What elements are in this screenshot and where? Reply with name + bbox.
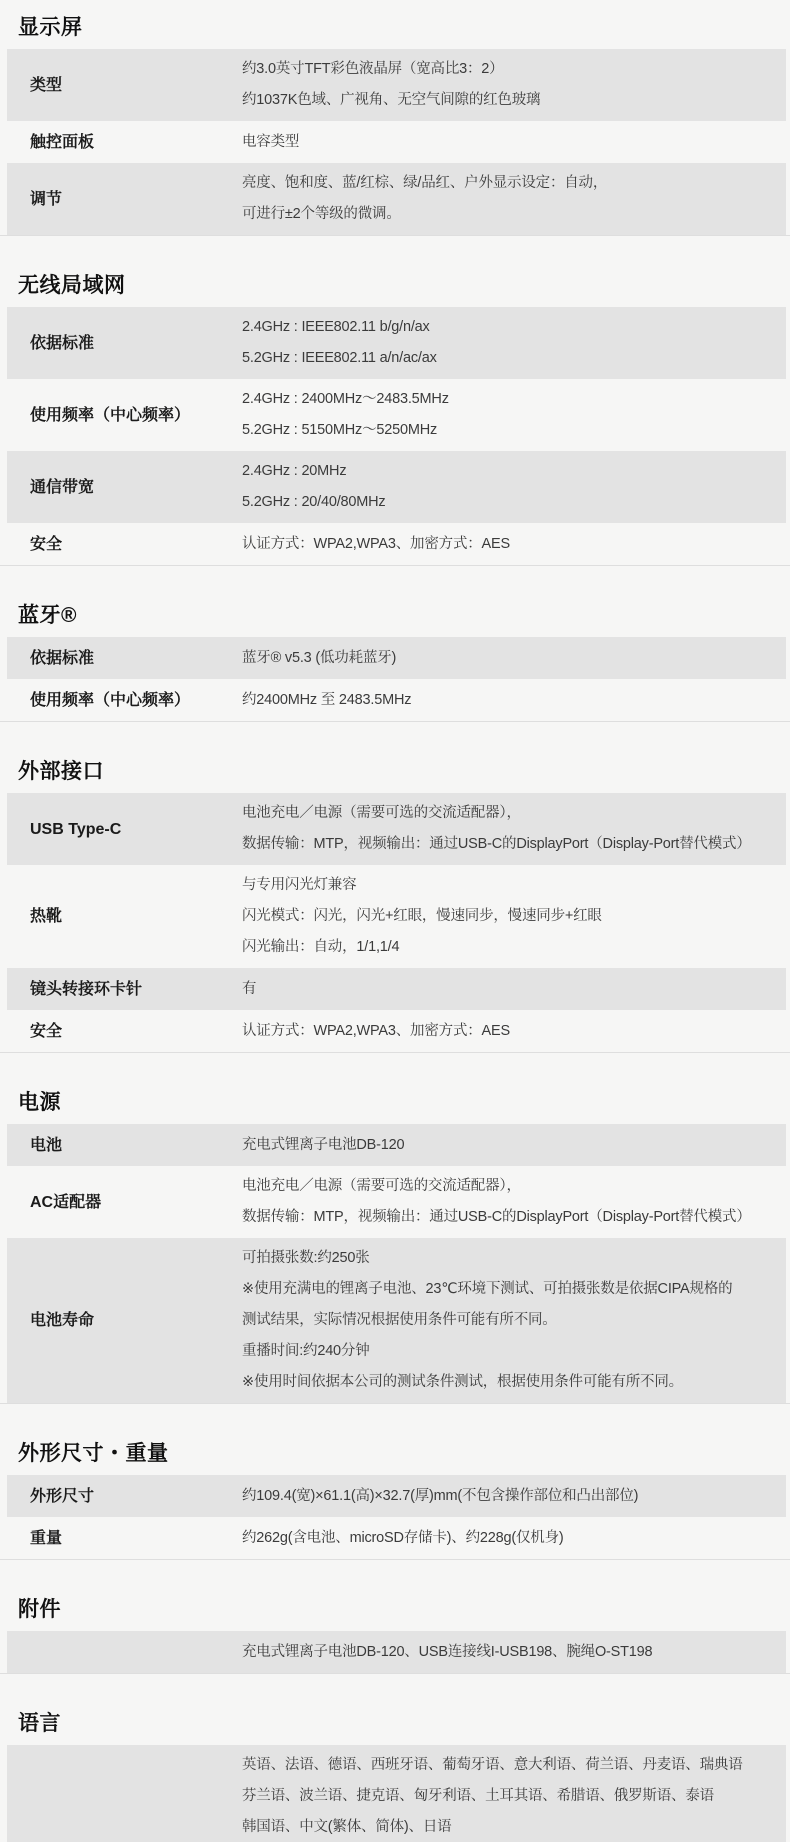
spec-row: 电池寿命可拍摄张数:约250张※使用充满电的锂离子电池、23℃环境下测试、可拍摄…	[7, 1238, 786, 1403]
spec-row-value: 电容类型	[242, 127, 786, 158]
spec-value-line: 约262g(含电池、microSD存储卡)、约228g(仅机身)	[242, 1523, 776, 1554]
spec-row: 镜头转接环卡针有	[7, 968, 786, 1010]
spec-row: AC适配器电池充电／电源（需要可选的交流适配器），数据传输：MTP，视频输出：通…	[7, 1166, 786, 1238]
spec-row-value: 电池充电／电源（需要可选的交流适配器），数据传输：MTP，视频输出：通过USB-…	[242, 798, 786, 860]
spec-value-line: 电池充电／电源（需要可选的交流适配器），	[242, 798, 776, 829]
spec-row: 重量约262g(含电池、microSD存储卡)、约228g(仅机身)	[7, 1517, 786, 1559]
spec-value-line: 重播时间:约240分钟	[242, 1336, 776, 1367]
section-title: 蓝牙®	[18, 604, 790, 628]
spec-section: 显示屏类型约3.0英寸TFT彩色液晶屏（宽高比3：2）约1037K色域、广视角、…	[0, 16, 790, 236]
spec-row-value: 可拍摄张数:约250张※使用充满电的锂离子电池、23℃环境下测试、可拍摄张数是依…	[242, 1243, 786, 1398]
spec-row-value: 与专用闪光灯兼容闪光模式：闪光，闪光+红眼，慢速同步，慢速同步+红眼闪光输出：自…	[242, 870, 786, 963]
spec-row: 依据标准2.4GHz : IEEE802.11 b/g/n/ax5.2GHz :…	[7, 307, 786, 379]
spec-value-line: 电容类型	[242, 127, 776, 158]
spec-row: 触控面板电容类型	[7, 121, 786, 163]
spec-value-line: 2.4GHz : 2400MHz～2483.5MHz	[242, 384, 776, 415]
spec-row-label: AC适配器	[7, 1187, 242, 1218]
spec-row-label: 镜头转接环卡针	[7, 974, 242, 1005]
spec-row: 英语、法语、德语、西班牙语、葡萄牙语、意大利语、荷兰语、丹麦语、瑞典语芬兰语、波…	[7, 1745, 786, 1842]
spec-row-value: 约3.0英寸TFT彩色液晶屏（宽高比3：2）约1037K色域、广视角、无空气间隙…	[242, 54, 786, 116]
spec-row-value: 认证方式：WPA2,WPA3、加密方式：AES	[242, 529, 786, 560]
spec-row: 调节亮度、饱和度、蓝/红棕、绿/品红、户外显示设定：自动，可进行±2个等级的微调…	[7, 163, 786, 235]
section-title: 显示屏	[18, 16, 790, 40]
spec-row-value: 充电式锂离子电池DB-120	[242, 1130, 786, 1161]
spec-value-line: 数据传输：MTP，视频输出：通过USB-C的DisplayPort（Displa…	[242, 1202, 776, 1233]
spec-row-value: 英语、法语、德语、西班牙语、葡萄牙语、意大利语、荷兰语、丹麦语、瑞典语芬兰语、波…	[242, 1750, 786, 1842]
spec-row: 安全认证方式：WPA2,WPA3、加密方式：AES	[7, 1010, 786, 1052]
spec-row-value: 2.4GHz : 2400MHz～2483.5MHz5.2GHz : 5150M…	[242, 384, 786, 446]
spec-row: 通信带宽2.4GHz : 20MHz5.2GHz : 20/40/80MHz	[7, 451, 786, 523]
spec-row-label: 重量	[7, 1523, 242, 1554]
spec-value-line: 2.4GHz : IEEE802.11 b/g/n/ax	[242, 312, 776, 343]
section-title: 电源	[18, 1091, 790, 1115]
spec-value-line: 测试结果，实际情况根据使用条件可能有所不同。	[242, 1305, 776, 1336]
spec-row-value: 约2400MHz 至 2483.5MHz	[242, 685, 786, 716]
spec-row-label: 触控面板	[7, 127, 242, 158]
spec-value-line: 韩国语、中文(繁体、简体)、日语	[242, 1812, 776, 1842]
spec-row-value: 认证方式：WPA2,WPA3、加密方式：AES	[242, 1016, 786, 1047]
spec-row-value: 2.4GHz : IEEE802.11 b/g/n/ax5.2GHz : IEE…	[242, 312, 786, 374]
spec-value-line: ※使用充满电的锂离子电池、23℃环境下测试、可拍摄张数是依据CIPA规格的	[242, 1274, 776, 1305]
spec-row-label: 依据标准	[7, 643, 242, 674]
spec-value-line: ※使用时间依据本公司的测试条件测试，根据使用条件可能有所不同。	[242, 1367, 776, 1398]
spec-value-line: 可进行±2个等级的微调。	[242, 199, 776, 230]
spec-row-label: 安全	[7, 1016, 242, 1047]
spec-value-line: 5.2GHz : 20/40/80MHz	[242, 487, 776, 518]
spec-value-line: 约2400MHz 至 2483.5MHz	[242, 685, 776, 716]
spec-row-label: 使用频率（中心频率）	[7, 400, 242, 431]
spec-row-label: 调节	[7, 184, 242, 215]
spec-value-line: 芬兰语、波兰语、捷克语、匈牙利语、土耳其语、希腊语、俄罗斯语、泰语	[242, 1781, 776, 1812]
spec-row: 充电式锂离子电池DB-120、USB连接线I-USB198、腕绳O-ST198	[7, 1631, 786, 1673]
spec-row-value: 有	[242, 974, 786, 1005]
spec-value-line: 2.4GHz : 20MHz	[242, 456, 776, 487]
spec-row: 热靴与专用闪光灯兼容闪光模式：闪光，闪光+红眼，慢速同步，慢速同步+红眼闪光输出…	[7, 865, 786, 968]
spec-row-value: 蓝牙® v5.3 (低功耗蓝牙)	[242, 643, 786, 674]
spec-value-line: 约109.4(宽)×61.1(高)×32.7(厚)mm(不包含操作部位和凸出部位…	[242, 1481, 776, 1512]
spec-row-value: 充电式锂离子电池DB-120、USB连接线I-USB198、腕绳O-ST198	[242, 1637, 786, 1668]
spec-row: USB Type-C电池充电／电源（需要可选的交流适配器），数据传输：MTP，视…	[7, 793, 786, 865]
spec-row-value: 电池充电／电源（需要可选的交流适配器），数据传输：MTP，视频输出：通过USB-…	[242, 1171, 786, 1233]
spec-row-label: 电池	[7, 1130, 242, 1161]
spec-row: 外形尺寸约109.4(宽)×61.1(高)×32.7(厚)mm(不包含操作部位和…	[7, 1475, 786, 1517]
spec-value-line: 认证方式：WPA2,WPA3、加密方式：AES	[242, 1016, 776, 1047]
spec-section: 电源电池充电式锂离子电池DB-120AC适配器电池充电／电源（需要可选的交流适配…	[0, 1091, 790, 1404]
spec-section: 无线局域网依据标准2.4GHz : IEEE802.11 b/g/n/ax5.2…	[0, 274, 790, 566]
spec-value-line: 电池充电／电源（需要可选的交流适配器），	[242, 1171, 776, 1202]
spec-row-value: 亮度、饱和度、蓝/红棕、绿/品红、户外显示设定：自动，可进行±2个等级的微调。	[242, 168, 786, 230]
spec-value-line: 英语、法语、德语、西班牙语、葡萄牙语、意大利语、荷兰语、丹麦语、瑞典语	[242, 1750, 776, 1781]
spec-row-value: 2.4GHz : 20MHz5.2GHz : 20/40/80MHz	[242, 456, 786, 518]
spec-value-line: 充电式锂离子电池DB-120	[242, 1130, 776, 1161]
spec-section: 外部接口USB Type-C电池充电／电源（需要可选的交流适配器），数据传输：M…	[0, 760, 790, 1053]
spec-section: 外形尺寸・重量外形尺寸约109.4(宽)×61.1(高)×32.7(厚)mm(不…	[0, 1442, 790, 1560]
spec-value-line: 闪光输出：自动，1/1,1/4	[242, 932, 776, 963]
spec-row-label: 外形尺寸	[7, 1481, 242, 1512]
spec-row: 电池充电式锂离子电池DB-120	[7, 1124, 786, 1166]
spec-row-label: 类型	[7, 70, 242, 101]
spec-row-label: 使用频率（中心频率）	[7, 685, 242, 716]
spec-value-line: 充电式锂离子电池DB-120、USB连接线I-USB198、腕绳O-ST198	[242, 1637, 776, 1668]
spec-value-line: 5.2GHz : 5150MHz～5250MHz	[242, 415, 776, 446]
spec-row-label: USB Type-C	[7, 814, 242, 845]
spec-row-label: 通信带宽	[7, 472, 242, 503]
spec-row-value: 约109.4(宽)×61.1(高)×32.7(厚)mm(不包含操作部位和凸出部位…	[242, 1481, 786, 1512]
spec-row-label: 依据标准	[7, 328, 242, 359]
spec-row: 使用频率（中心频率）约2400MHz 至 2483.5MHz	[7, 679, 786, 721]
spec-row-label: 电池寿命	[7, 1305, 242, 1336]
spec-value-line: 亮度、饱和度、蓝/红棕、绿/品红、户外显示设定：自动，	[242, 168, 776, 199]
section-title: 无线局域网	[18, 274, 790, 298]
spec-value-line: 认证方式：WPA2,WPA3、加密方式：AES	[242, 529, 776, 560]
spec-value-line: 与专用闪光灯兼容	[242, 870, 776, 901]
spec-row: 依据标准蓝牙® v5.3 (低功耗蓝牙)	[7, 637, 786, 679]
spec-section: 语言英语、法语、德语、西班牙语、葡萄牙语、意大利语、荷兰语、丹麦语、瑞典语芬兰语…	[0, 1712, 790, 1842]
spec-value-line: 约1037K色域、广视角、无空气间隙的红色玻璃	[242, 85, 776, 116]
spec-page: 显示屏类型约3.0英寸TFT彩色液晶屏（宽高比3：2）约1037K色域、广视角、…	[0, 0, 790, 1842]
spec-section: 蓝牙®依据标准蓝牙® v5.3 (低功耗蓝牙)使用频率（中心频率）约2400MH…	[0, 604, 790, 722]
section-title: 附件	[18, 1598, 790, 1622]
spec-value-line: 5.2GHz : IEEE802.11 a/n/ac/ax	[242, 343, 776, 374]
section-title: 外部接口	[18, 760, 790, 784]
spec-value-line: 可拍摄张数:约250张	[242, 1243, 776, 1274]
spec-row: 安全认证方式：WPA2,WPA3、加密方式：AES	[7, 523, 786, 565]
spec-value-line: 数据传输：MTP，视频输出：通过USB-C的DisplayPort（Displa…	[242, 829, 776, 860]
spec-row: 类型约3.0英寸TFT彩色液晶屏（宽高比3：2）约1037K色域、广视角、无空气…	[7, 49, 786, 121]
section-title: 语言	[18, 1712, 790, 1736]
spec-value-line: 闪光模式：闪光，闪光+红眼，慢速同步，慢速同步+红眼	[242, 901, 776, 932]
spec-value-line: 蓝牙® v5.3 (低功耗蓝牙)	[242, 643, 776, 674]
spec-row-value: 约262g(含电池、microSD存储卡)、约228g(仅机身)	[242, 1523, 786, 1554]
spec-value-line: 约3.0英寸TFT彩色液晶屏（宽高比3：2）	[242, 54, 776, 85]
spec-section: 附件充电式锂离子电池DB-120、USB连接线I-USB198、腕绳O-ST19…	[0, 1598, 790, 1674]
section-title: 外形尺寸・重量	[18, 1442, 790, 1466]
spec-row: 使用频率（中心频率）2.4GHz : 2400MHz～2483.5MHz5.2G…	[7, 379, 786, 451]
spec-row-label: 热靴	[7, 901, 242, 932]
spec-row-label: 安全	[7, 529, 242, 560]
spec-value-line: 有	[242, 974, 776, 1005]
